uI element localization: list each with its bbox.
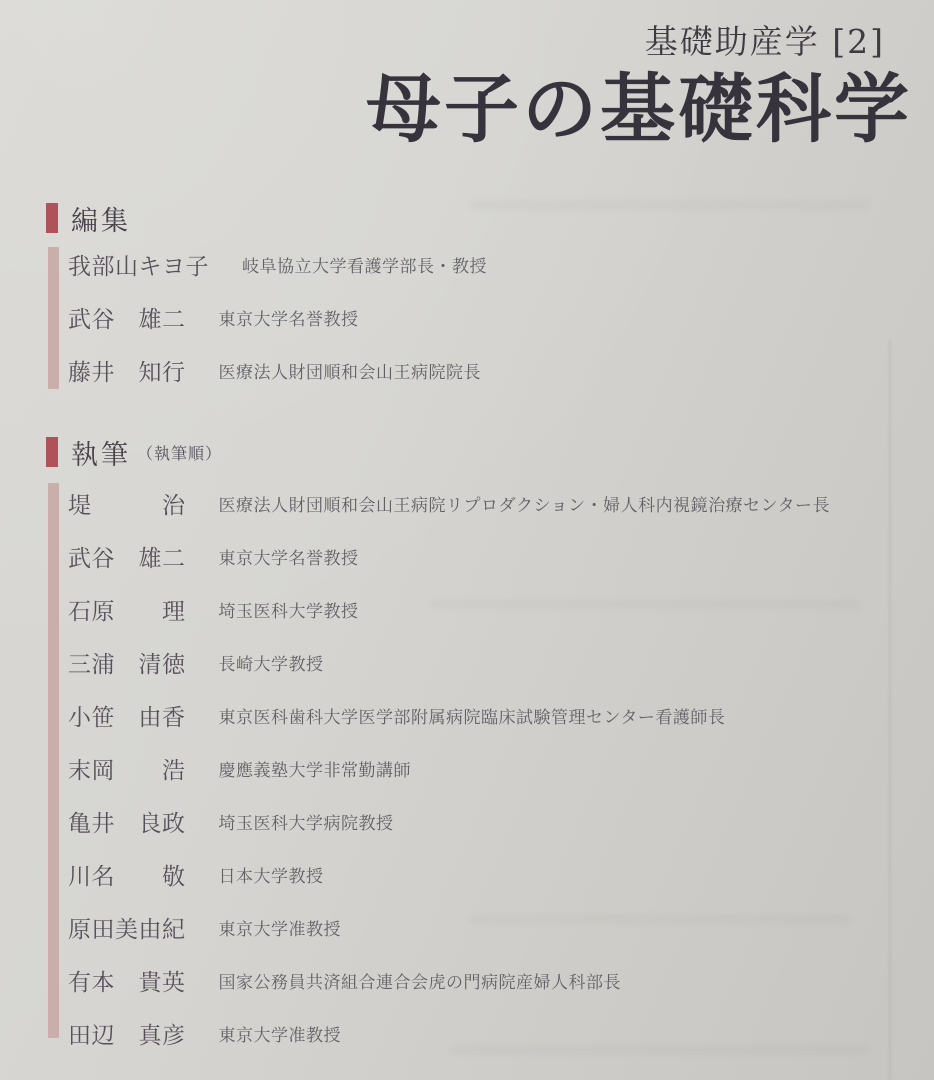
heading-accent-bar (46, 203, 58, 233)
author-row: 武谷 雄二 東京大学名誉教授 (68, 530, 934, 583)
editors-list: 我部山キヨ子 岐阜協立大学看護学部長・教授 武谷 雄二 東京大学名誉教授 藤井 … (46, 238, 934, 397)
heading-accent-bar (46, 437, 58, 467)
masthead: 基礎助産学 [2] 母子の基礎科学 (366, 16, 912, 151)
person-affiliation: 慶應義塾大学非常勤講師 (219, 756, 412, 781)
book-title: 母子の基礎科学 (366, 67, 912, 151)
person-affiliation: 医療法人財団順和会山王病院院長 (219, 358, 482, 383)
person-affiliation: 日本大学教授 (219, 862, 324, 887)
editors-section: 編集 我部山キヨ子 岐阜協立大学看護学部長・教授 武谷 雄二 東京大学名誉教授 … (0, 203, 934, 397)
person-affiliation: 東京医科歯科大学医学部附属病院臨床試験管理センター看護師長 (219, 703, 726, 728)
authors-list: 堤 治 医療法人財団順和会山王病院リプロダクション・婦人科内視鏡治療センター長 … (46, 477, 934, 1060)
authors-section: 執筆 （執筆順） 堤 治 医療法人財団順和会山王病院リプロダクション・婦人科内視… (0, 437, 934, 1060)
series-label: 基礎助産学 [2] (366, 16, 885, 63)
author-row: 亀井 良政 埼玉医科大学病院教授 (68, 795, 934, 848)
author-row: 石原 理 埼玉医科大学教授 (68, 583, 934, 636)
person-name: 三浦 清徳 (68, 646, 186, 679)
author-row: 三浦 清徳 長崎大学教授 (68, 636, 934, 689)
author-row: 末岡 浩 慶應義塾大学非常勤講師 (68, 742, 934, 795)
author-row: 原田美由紀 東京大学准教授 (68, 901, 934, 954)
person-name: 末岡 浩 (68, 752, 186, 785)
person-name: 武谷 雄二 (68, 540, 186, 573)
authors-heading-note: （執筆順） (137, 441, 222, 464)
person-name: 我部山キヨ子 (68, 248, 209, 281)
author-row: 田辺 真彦 東京大学准教授 (68, 1007, 934, 1060)
person-name: 有本 貴英 (68, 964, 186, 997)
editors-heading: 編集 (0, 203, 934, 233)
person-affiliation: 長崎大学教授 (219, 650, 324, 675)
person-name: 小笹 由香 (68, 699, 186, 732)
person-affiliation: 東京大学名誉教授 (219, 544, 359, 569)
person-name: 石原 理 (68, 593, 186, 626)
person-affiliation: 岐阜協立大学看護学部長・教授 (242, 252, 487, 277)
person-name: 藤井 知行 (68, 354, 186, 387)
editor-row: 武谷 雄二 東京大学名誉教授 (68, 291, 934, 344)
person-affiliation: 埼玉医科大学教授 (219, 597, 359, 622)
book-title-page: 基礎助産学 [2] 母子の基礎科学 編集 我部山キヨ子 岐阜協立大学看護学部長・… (0, 0, 934, 1080)
author-row: 川名 敬 日本大学教授 (68, 848, 934, 901)
editor-row: 我部山キヨ子 岐阜協立大学看護学部長・教授 (68, 238, 934, 291)
person-name: 亀井 良政 (68, 805, 186, 838)
person-affiliation: 東京大学准教授 (219, 915, 342, 940)
person-affiliation: 埼玉医科大学病院教授 (219, 809, 394, 834)
person-name: 田辺 真彦 (68, 1017, 186, 1050)
author-row: 有本 貴英 国家公務員共済組合連合会虎の門病院産婦人科部長 (68, 954, 934, 1007)
author-row: 小笹 由香 東京医科歯科大学医学部附属病院臨床試験管理センター看護師長 (68, 689, 934, 742)
person-name: 原田美由紀 (68, 911, 186, 944)
person-affiliation: 東京大学名誉教授 (219, 305, 359, 330)
person-name: 堤 治 (68, 487, 186, 520)
author-row: 堤 治 医療法人財団順和会山王病院リプロダクション・婦人科内視鏡治療センター長 (68, 477, 934, 530)
authors-heading: 執筆 （執筆順） (0, 437, 934, 467)
editor-row: 藤井 知行 医療法人財団順和会山王病院院長 (68, 344, 934, 397)
person-affiliation: 国家公務員共済組合連合会虎の門病院産婦人科部長 (219, 968, 622, 993)
editors-heading-label: 編集 (71, 199, 131, 238)
person-name: 武谷 雄二 (68, 301, 186, 334)
person-affiliation: 医療法人財団順和会山王病院リプロダクション・婦人科内視鏡治療センター長 (219, 491, 830, 516)
person-affiliation: 東京大学准教授 (219, 1021, 342, 1046)
authors-heading-label: 執筆 (71, 433, 131, 472)
person-name: 川名 敬 (68, 858, 186, 891)
